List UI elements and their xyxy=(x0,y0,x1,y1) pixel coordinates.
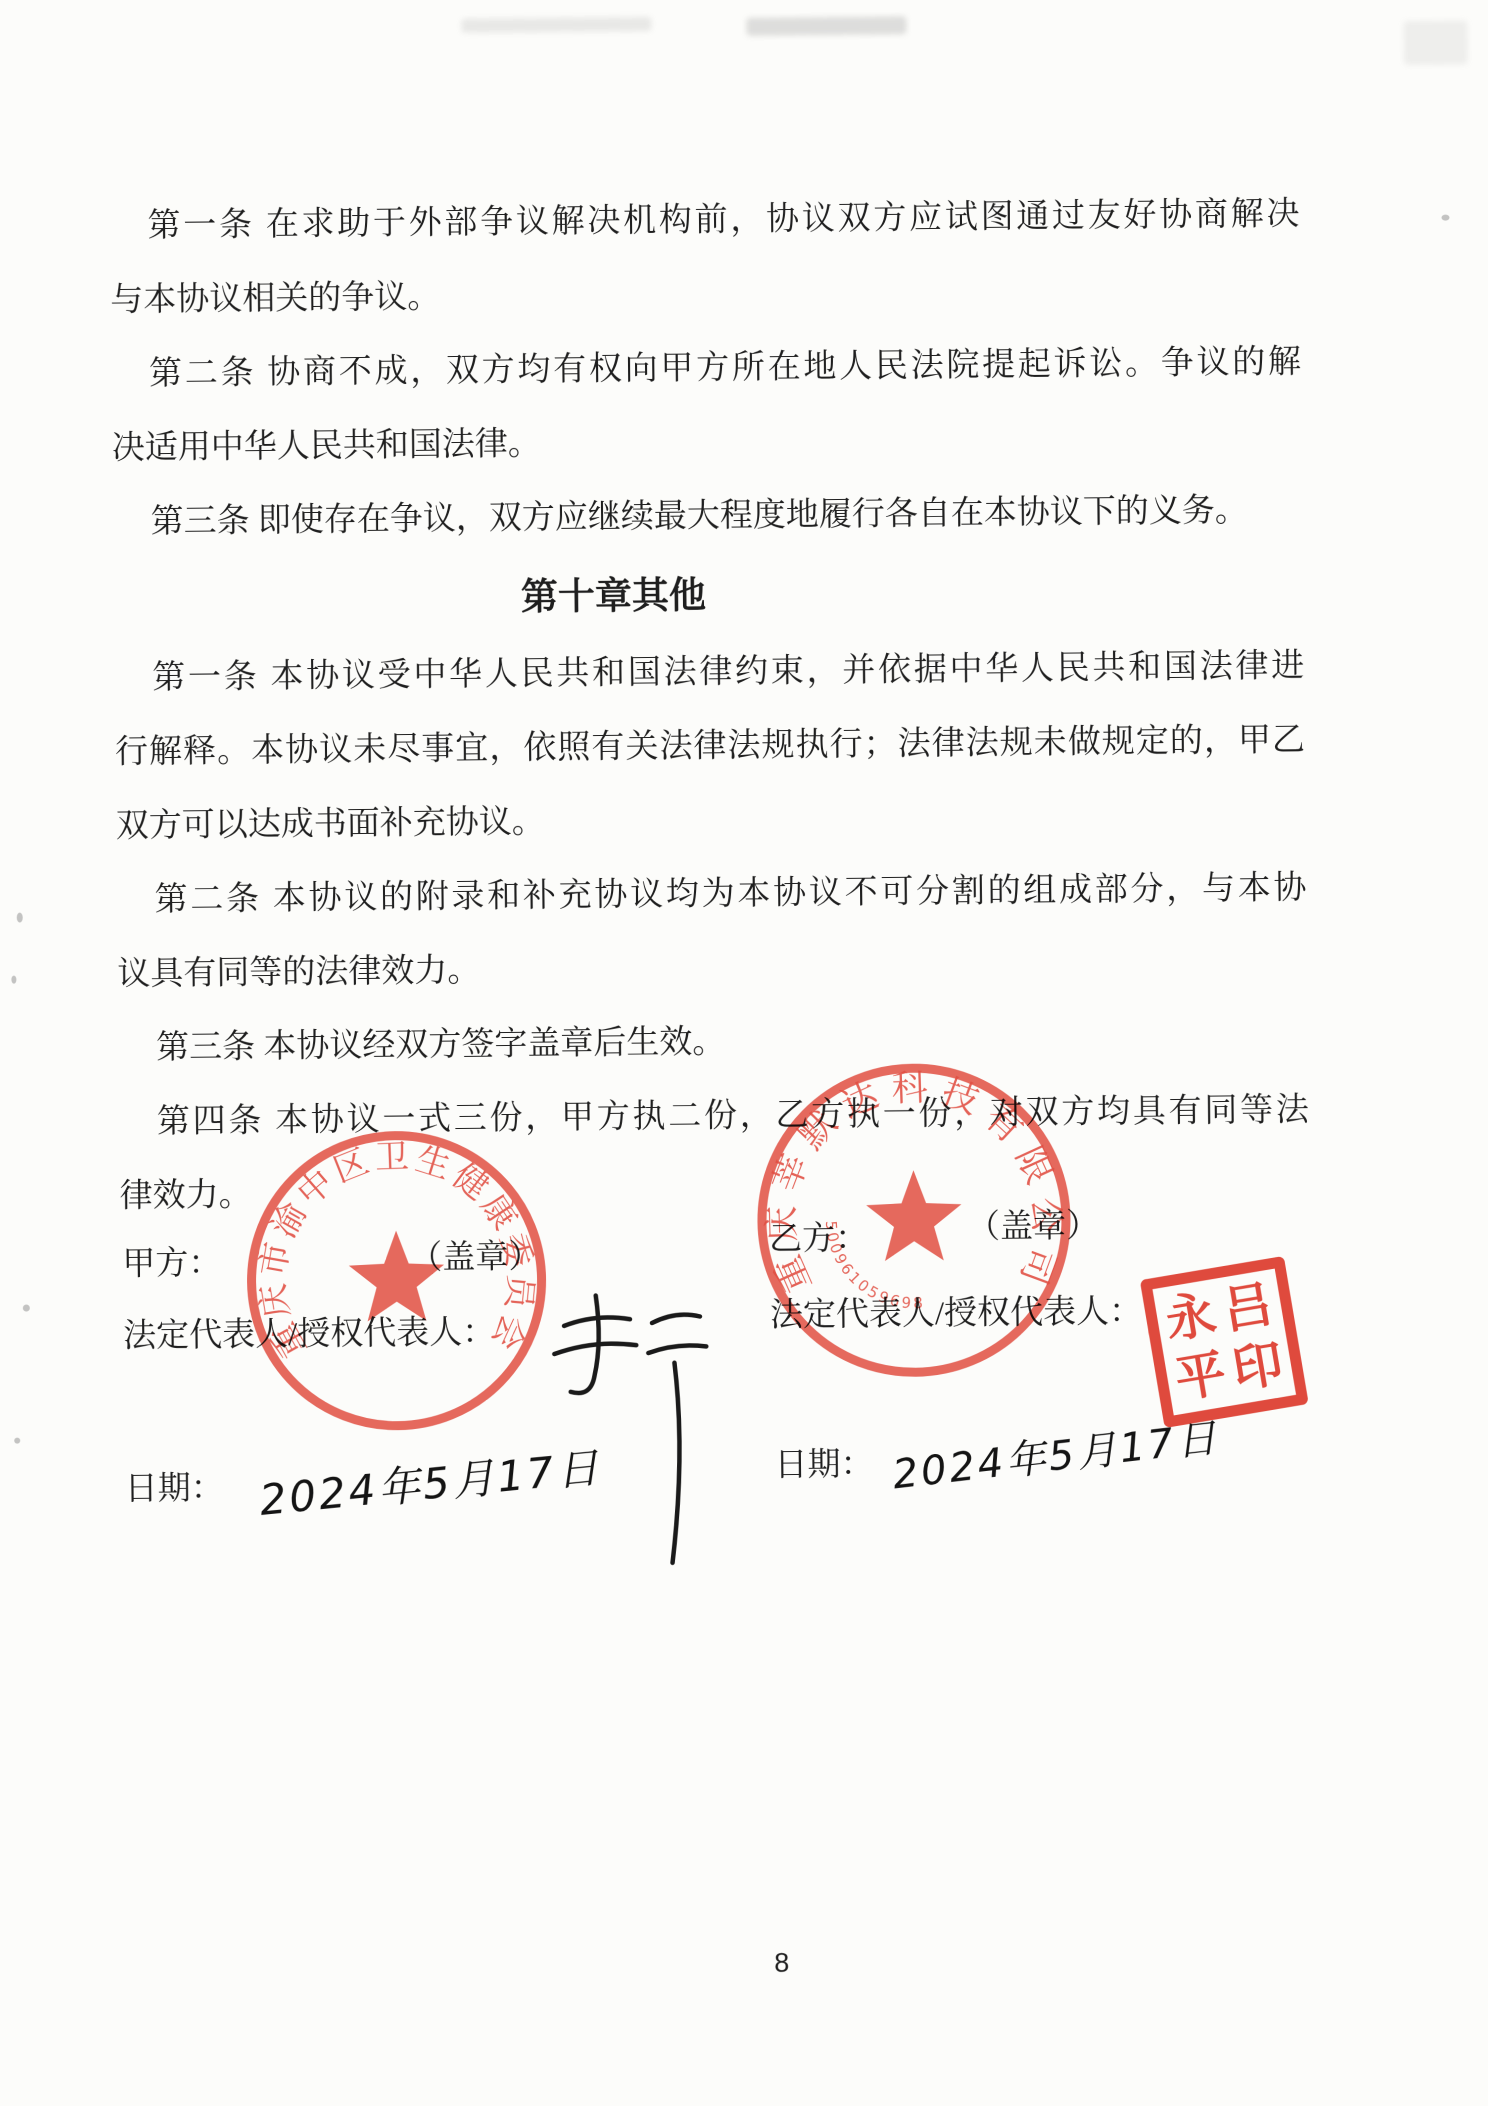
body-line: 决适用中华人民共和国法律。 xyxy=(111,399,1302,485)
scan-smudge xyxy=(461,17,651,33)
body-line: 双方可以达成书面补充协议。 xyxy=(115,777,1306,863)
body-line: 第三条 本协议经双方签字盖章后生效。 xyxy=(118,999,1309,1085)
seal-star xyxy=(348,1230,444,1321)
chapter-heading: 第十章其他 xyxy=(113,555,1114,639)
scan-speck xyxy=(23,1305,30,1312)
name-stamp-seal: 永 吕 平 印 xyxy=(1140,1256,1309,1428)
name-stamp-char: 吕 xyxy=(1219,1279,1277,1337)
name-stamp-char: 永 xyxy=(1162,1288,1220,1346)
party-a-handwritten-signature xyxy=(550,1282,733,1584)
party-a-date-label: 日期： xyxy=(125,1470,224,1509)
seal-star xyxy=(866,1170,962,1261)
scanned-contract-page: 第一条 在求助于外部争议解决机构前，协议双方应试图通过友好协商解决 与本协议相关… xyxy=(0,0,1488,2106)
scan-smudge xyxy=(1403,20,1467,65)
name-stamp-char: 印 xyxy=(1229,1338,1287,1396)
body-line: 第二条 协商不成，双方均有权向甲方所在地人民法院提起诉讼。争议的解 xyxy=(111,325,1302,411)
scan-speck xyxy=(11,976,16,984)
party-a-official-seal: 重庆市渝中区卫生健康委员会 xyxy=(245,1129,548,1432)
contract-body: 第一条 在求助于外部争议解决机构前，协议双方应试图通过友好协商解决 与本协议相关… xyxy=(109,177,1310,1233)
scan-speck xyxy=(1441,215,1449,221)
name-stamp-char: 平 xyxy=(1172,1348,1230,1406)
body-line: 行解释。本协议未尽事宜，依照有关法律法规执行；法律法规未做规定的，甲乙 xyxy=(115,703,1306,789)
party-b-date-label: 日期： xyxy=(774,1447,873,1486)
page-content: 第一条 在求助于外部争议解决机构前，协议双方应试图通过友好协商解决 与本协议相关… xyxy=(0,0,1488,2106)
body-line: 第二条 本协议的附录和补充协议均为本协议不可分割的组成部分，与本协 xyxy=(116,851,1307,937)
scan-speck xyxy=(17,913,23,923)
scan-speck xyxy=(14,1438,20,1444)
body-line: 第一条 在求助于外部争议解决机构前，协议双方应试图通过友好协商解决 xyxy=(109,177,1300,263)
body-line: 第三条 即使存在争议，双方应继续最大程度地履行各自在本协议下的义务。 xyxy=(112,473,1303,559)
page-number: 8 xyxy=(12,1940,1488,1987)
body-line: 第一条 本协议受中华人民共和国法律约束，并依据中华人民共和国法律进 xyxy=(114,629,1305,715)
scan-smudge xyxy=(746,16,906,36)
body-line: 议具有同等的法律效力。 xyxy=(117,925,1308,1011)
party-b-official-seal: 重庆莘默达科技有限公司 500961059698 xyxy=(754,1061,1073,1380)
party-a-label: 甲方： xyxy=(122,1245,221,1284)
body-line: 与本协议相关的争议。 xyxy=(110,251,1301,337)
